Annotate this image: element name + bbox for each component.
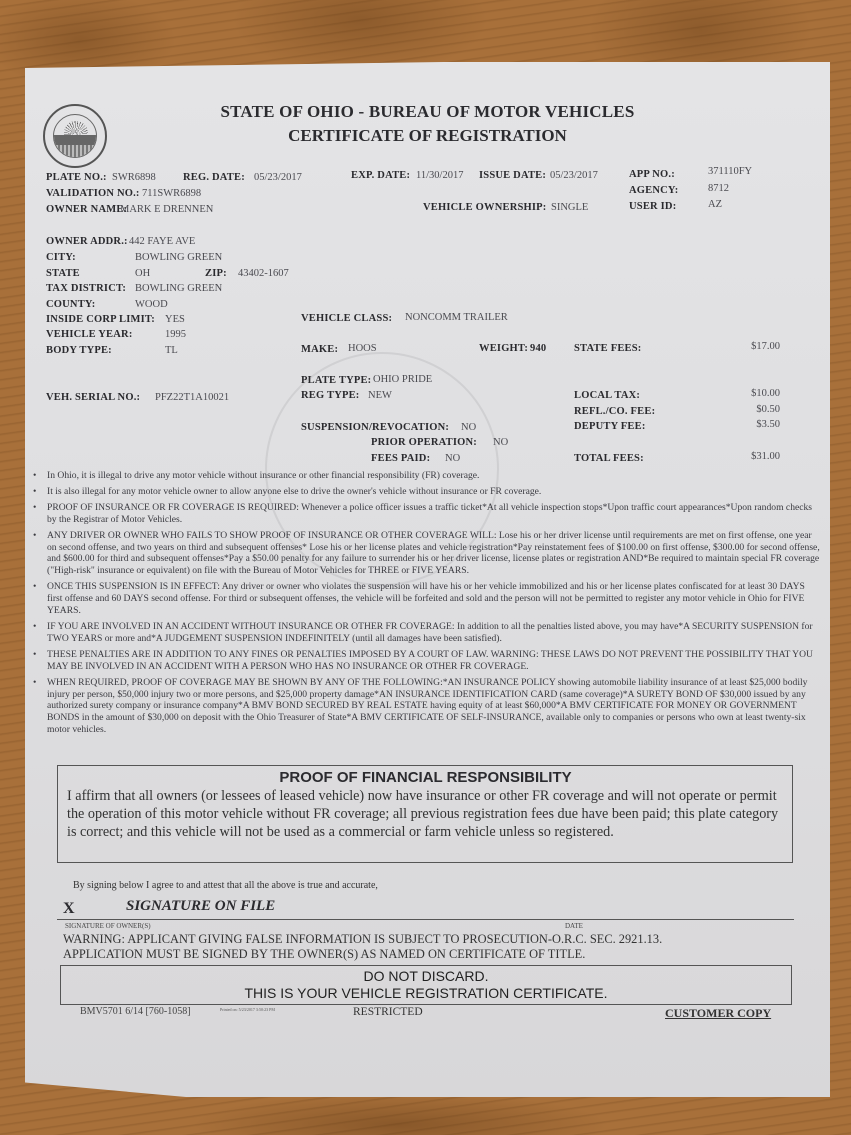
local-tax-value: $10.00 (700, 388, 780, 399)
customer-copy-label: CUSTOMER COPY (665, 1006, 771, 1021)
date-caption: DATE (565, 922, 583, 930)
plate-no-value: SWR6898 (112, 172, 156, 183)
veh-serial-no-label: VEH. SERIAL NO.: (46, 392, 140, 403)
printed-on-timestamp: Printed on: 5/23/2017 3:50:23 PM (220, 1007, 275, 1012)
vehicle-year-label: VEHICLE YEAR: (46, 329, 133, 340)
notice-item: ONCE THIS SUSPENSION IS IN EFFECT: Any d… (31, 581, 821, 617)
state-value: OH (135, 268, 150, 279)
vehicle-class-label: VEHICLE CLASS: (301, 313, 392, 324)
warning-prosecution: WARNING: APPLICANT GIVING FALSE INFORMAT… (63, 932, 662, 947)
deputy-fee-value: $3.50 (700, 419, 780, 430)
do-not-discard-line1: DO NOT DISCARD. (61, 968, 791, 985)
owner-addr-label: OWNER ADDR.: (46, 236, 128, 247)
suspension-value: NO (461, 422, 476, 433)
inside-corp-limit-value: YES (165, 314, 185, 325)
city-label: CITY: (46, 252, 76, 263)
zip-label: ZIP: (205, 268, 227, 279)
signature-line (57, 919, 794, 920)
owner-name-label: OWNER NAME: (46, 204, 127, 215)
warning-signature: APPLICATION MUST BE SIGNED BY THE OWNER(… (63, 947, 585, 962)
notice-item: ANY DRIVER OR OWNER WHO FAILS TO SHOW PR… (31, 530, 821, 578)
registration-certificate: STATE OF OHIO - BUREAU OF MOTOR VEHICLES… (25, 62, 830, 1097)
state-fees-label: STATE FEES: (574, 343, 641, 354)
tax-district-label: TAX DISTRICT: (46, 283, 126, 294)
notice-item: WHEN REQUIRED, PROOF OF COVERAGE MAY BE … (31, 677, 821, 737)
refl-co-fee-value: $0.50 (700, 404, 780, 415)
owner-name-value: MARK E DRENNEN (120, 204, 213, 215)
notice-item: IF YOU ARE INVOLVED IN AN ACCIDENT WITHO… (31, 621, 821, 645)
agency-value: 8712 (708, 183, 729, 194)
local-tax-label: LOCAL TAX: (574, 390, 640, 401)
city-value: BOWLING GREEN (135, 252, 222, 263)
agency-label: AGENCY: (629, 185, 678, 196)
prior-operation-label: PRIOR OPERATION: (371, 437, 477, 448)
notice-item: It is also illegal for any motor vehicle… (31, 486, 821, 498)
wheat-field-icon (54, 145, 97, 158)
do-not-discard-line2: THIS IS YOUR VEHICLE REGISTRATION CERTIF… (61, 985, 791, 1002)
tax-district-value: BOWLING GREEN (135, 283, 222, 294)
suspension-label: SUSPENSION/REVOCATION: (301, 422, 449, 433)
county-label: COUNTY: (46, 299, 95, 310)
plate-type-value: OHIO PRIDE (373, 374, 432, 385)
document-title: STATE OF OHIO - BUREAU OF MOTOR VEHICLES (25, 102, 830, 122)
vehicle-ownership-label: VEHICLE OWNERSHIP: (423, 202, 547, 213)
weight-value: 940 (530, 343, 546, 354)
reg-type-label: REG TYPE: (301, 390, 360, 401)
notice-item: PROOF OF INSURANCE OR FR COVERAGE IS REQ… (31, 502, 821, 526)
plate-no-label: PLATE NO.: (46, 172, 107, 183)
fees-paid-value: NO (445, 453, 460, 464)
deputy-fee-label: DEPUTY FEE: (574, 421, 646, 432)
signature-caption: SIGNATURE OF OWNER(S) (65, 922, 151, 930)
attestation-text: By signing below I agree to and attest t… (73, 880, 378, 891)
notice-item: In Ohio, it is illegal to drive any moto… (31, 470, 821, 482)
user-id-value: AZ (708, 199, 722, 210)
inside-corp-limit-label: INSIDE CORP LIMIT: (46, 314, 155, 325)
app-no-value: 371110FY (708, 166, 752, 177)
owner-addr-value: 442 FAYE AVE (129, 236, 195, 247)
restricted-label: RESTRICTED (353, 1006, 423, 1018)
validation-no-label: VALIDATION NO.: (46, 188, 140, 199)
veh-serial-no-value: PFZ22T1A10021 (155, 392, 229, 403)
total-fees-value: $31.00 (700, 451, 780, 462)
exp-date-label: EXP. DATE: (351, 170, 410, 181)
financial-responsibility-heading: PROOF OF FINANCIAL RESPONSIBILITY (67, 769, 784, 786)
document-subtitle: CERTIFICATE OF REGISTRATION (25, 126, 830, 146)
prior-operation-value: NO (493, 437, 508, 448)
do-not-discard-box: DO NOT DISCARD. THIS IS YOUR VEHICLE REG… (60, 965, 792, 1005)
vehicle-year-value: 1995 (165, 329, 186, 340)
validation-no-value: 711SWR6898 (142, 188, 201, 199)
total-fees-label: TOTAL FEES: (574, 453, 644, 464)
reg-date-value: 05/23/2017 (254, 172, 302, 183)
notice-item: THESE PENALTIES ARE IN ADDITION TO ANY F… (31, 649, 821, 673)
state-fees-value: $17.00 (700, 341, 780, 352)
state-label: STATE (46, 268, 80, 279)
financial-responsibility-text: I affirm that all owners (or lessees of … (67, 787, 784, 841)
vehicle-ownership-value: SINGLE (551, 202, 588, 213)
user-id-label: USER ID: (629, 201, 676, 212)
county-value: WOOD (135, 299, 168, 310)
form-number: BMV5701 6/14 [760-1058] (80, 1006, 191, 1017)
make-label: MAKE: (301, 344, 338, 355)
weight-label: WEIGHT: (479, 343, 528, 354)
zip-value: 43402-1607 (238, 268, 289, 279)
body-type-value: TL (165, 345, 178, 356)
reg-type-value: NEW (368, 390, 392, 401)
signature-value: SIGNATURE ON FILE (126, 898, 275, 915)
make-value: HOOS (348, 343, 377, 354)
plate-type-label: PLATE TYPE: (301, 375, 371, 386)
financial-responsibility-box: PROOF OF FINANCIAL RESPONSIBILITY I affi… (57, 765, 793, 863)
legal-notices: In Ohio, it is illegal to drive any moto… (31, 470, 821, 740)
exp-date-value: 11/30/2017 (416, 170, 463, 181)
fees-paid-label: FEES PAID: (371, 453, 430, 464)
app-no-label: APP NO.: (629, 169, 675, 180)
reg-date-label: REG. DATE: (183, 172, 245, 183)
vehicle-class-value: NONCOMM TRAILER (405, 312, 508, 323)
signature-x-mark: X (63, 900, 75, 918)
issue-date-value: 05/23/2017 (550, 170, 598, 181)
body-type-label: BODY TYPE: (46, 345, 112, 356)
issue-date-label: ISSUE DATE: (479, 170, 546, 181)
refl-co-fee-label: REFL./CO. FEE: (574, 406, 655, 417)
